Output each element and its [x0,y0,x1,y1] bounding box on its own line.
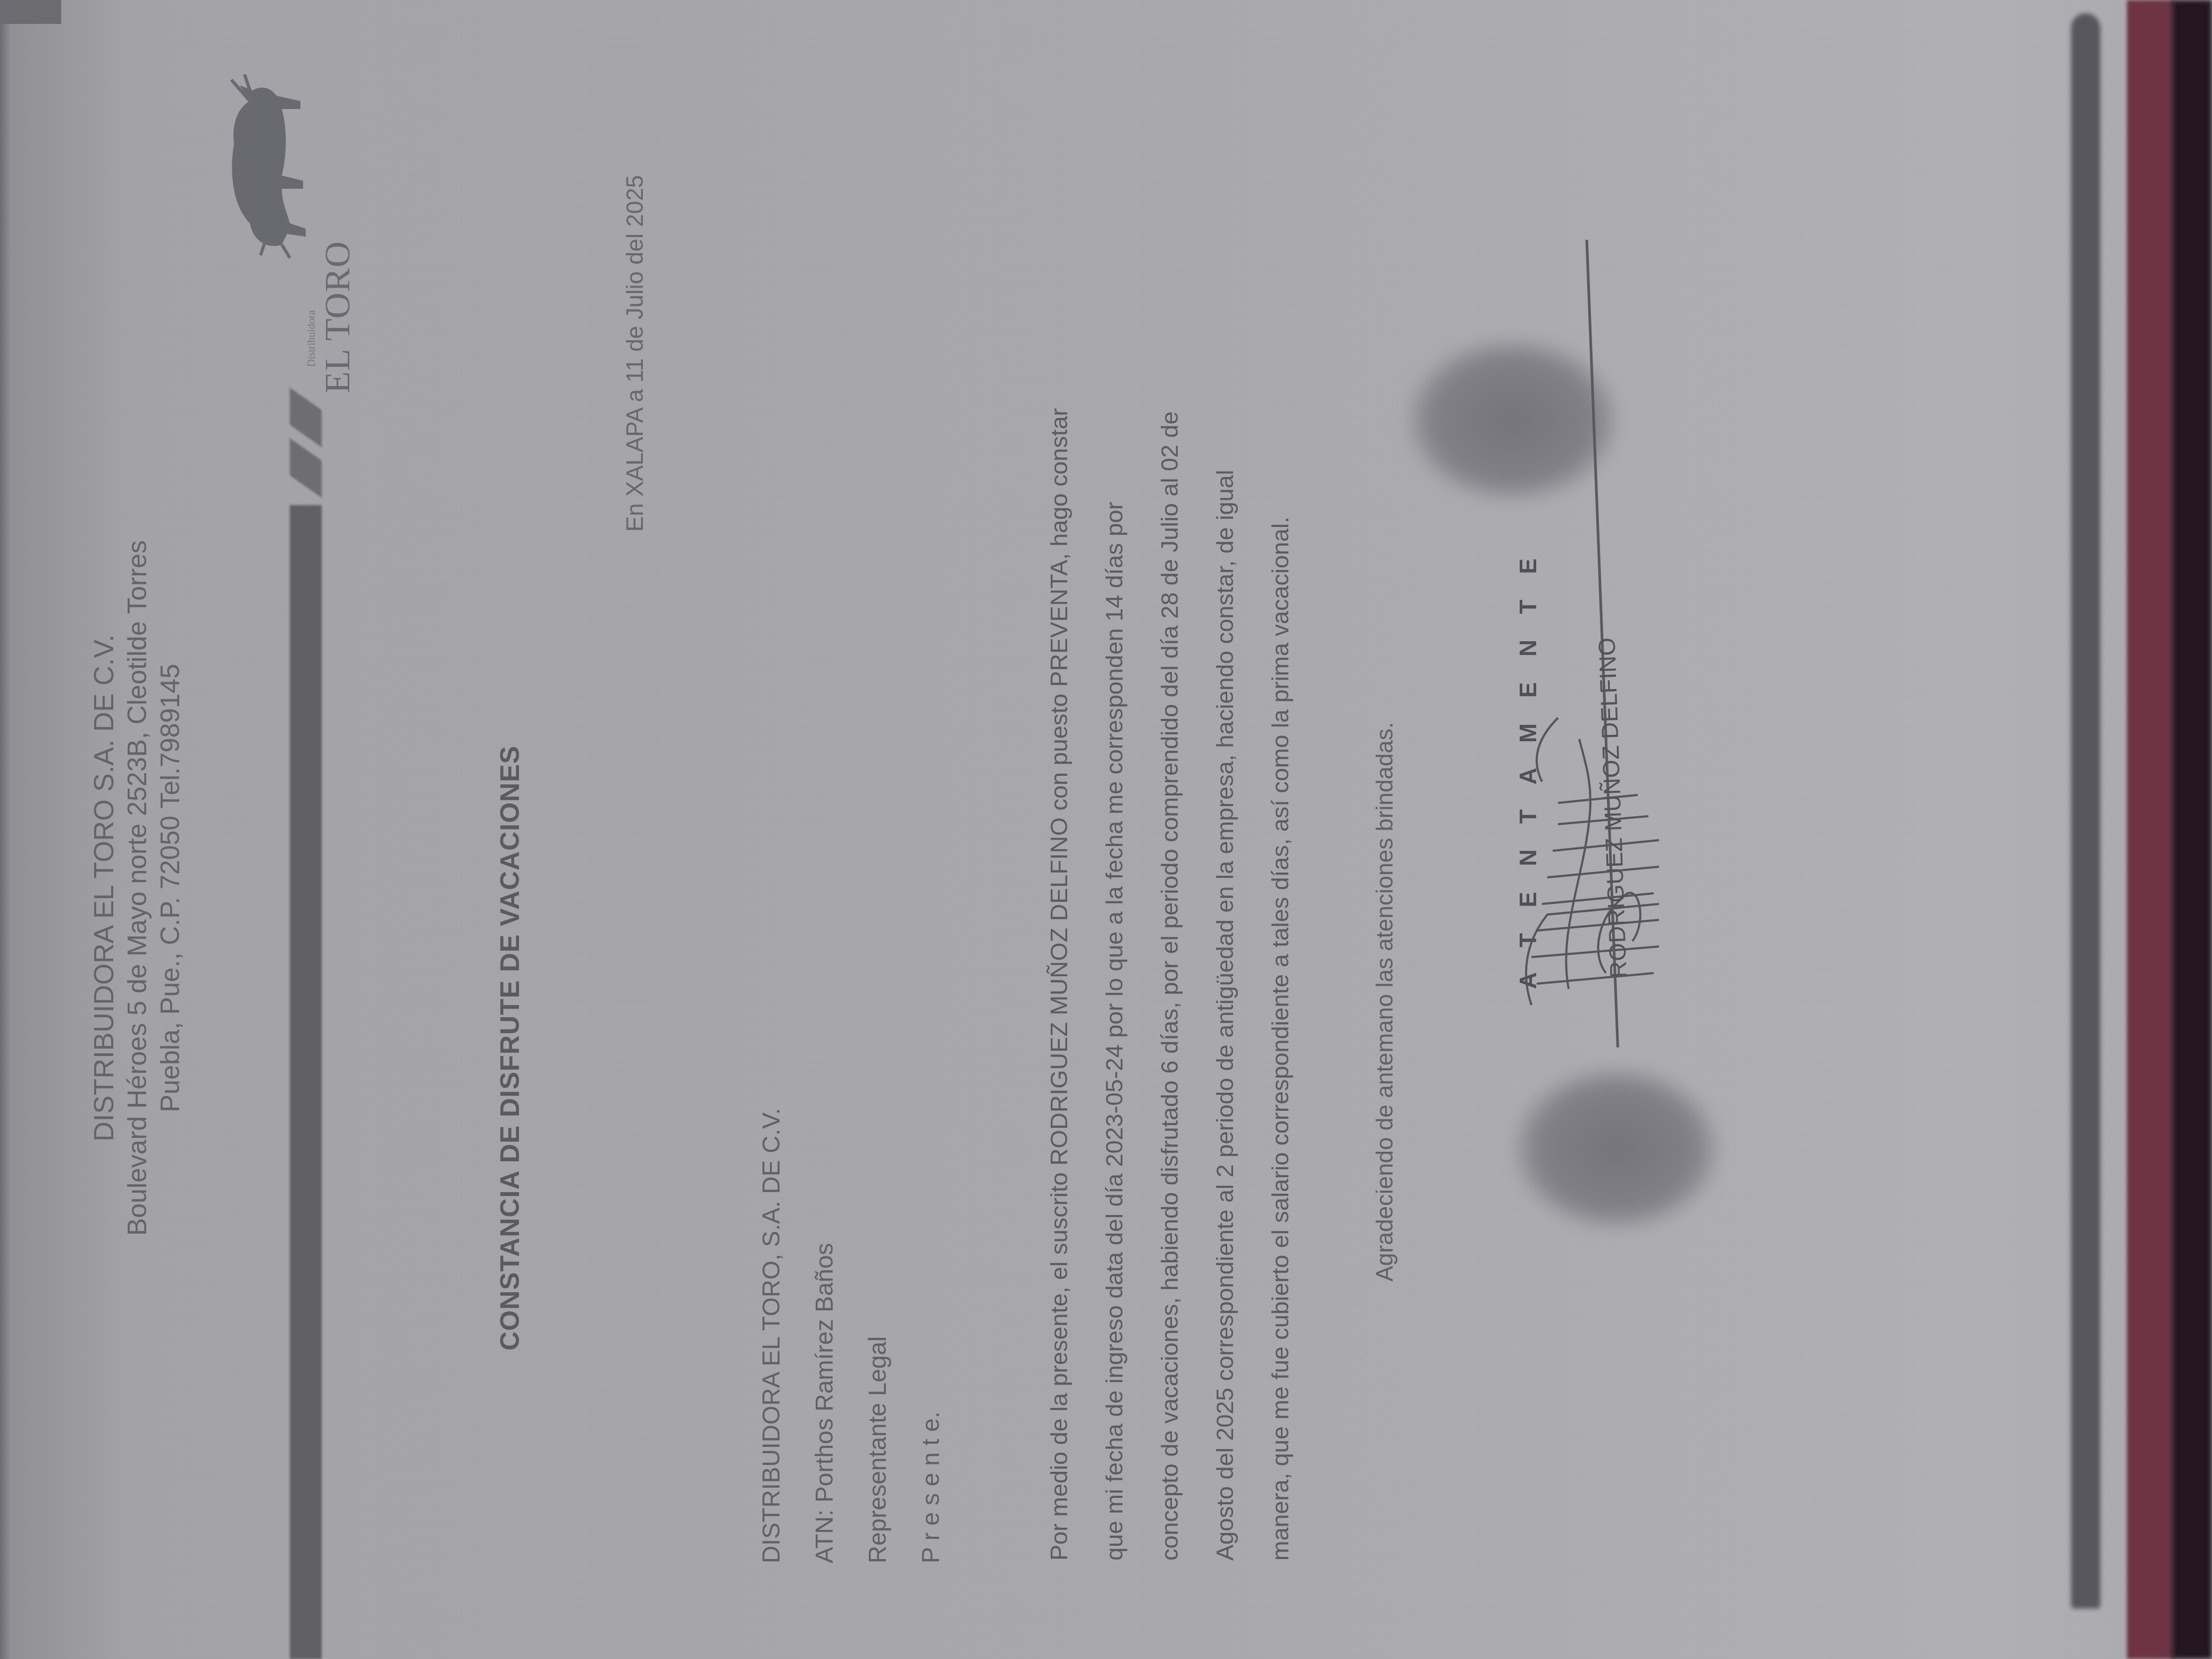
photo-background: DISTRIBUIDORA EL TORO S.A. DE C.V. Boule… [0,0,2212,1659]
dark-edge [2172,0,2212,1659]
date-line: En XALAPA a 11 de Julio del 2025 [622,175,649,532]
company-logo: Distribuidora EL TORO [202,64,362,393]
body-paragraph: Por medio de la presente, el suscrito RO… [1032,72,1308,1561]
body-line: concepto de vacaciones, habiendo disfrut… [1142,72,1197,1561]
letterhead: DISTRIBUIDORA EL TORO S.A. DE C.V. Boule… [88,117,187,1659]
decorative-slash [290,388,322,447]
bull-icon [202,69,308,261]
body-line: Agosto del 2025 correspondiente al 2 per… [1197,72,1253,1561]
decorative-bar [290,505,322,1659]
letterhead-company: DISTRIBUIDORA EL TORO S.A. DE C.V. [88,117,121,1659]
fingerprint-left [1515,1069,1717,1228]
addressee-block: DISTRIBUIDORA EL TORO, S.A. DE C.V. ATN:… [744,1108,957,1563]
document-page: DISTRIBUIDORA EL TORO S.A. DE C.V. Boule… [11,0,2063,1659]
body-line: que mi fecha de ingreso data del día 202… [1087,72,1142,1561]
body-line: manera, que me fue cubierto el salario c… [1253,72,1308,1561]
addressee-attn: ATN: Porthos Ramírez Baños [798,1108,851,1563]
handwritten-signature [1499,675,1675,1037]
body-line: Por medio de la presente, el suscrito RO… [1032,72,1087,1561]
addressee-company: DISTRIBUIDORA EL TORO, S.A. DE C.V. [744,1108,798,1563]
page-shadow [0,0,11,1659]
letterhead-address: Boulevard Héroes 5 de Mayo norte 2523B, … [121,117,154,1659]
logo-text: EL TORO [316,241,358,393]
addressee-role: Representante Legal [851,1108,904,1563]
decorative-slash [290,438,322,498]
closing-line: Agradeciendo de antemano las atenciones … [1372,722,1398,1281]
fingerprint-right [1409,340,1616,500]
letterhead-city: Puebla, Pue., C.P. 72050 Tel.7989145 [154,117,187,1659]
binder-strip [2071,13,2100,1608]
folder-edge [2127,0,2175,1659]
document-title: CONSTANCIA DE DISFRUTE DE VACACIONES [495,745,525,1351]
addressee-presente: P r e s e n t e. [904,1108,957,1563]
